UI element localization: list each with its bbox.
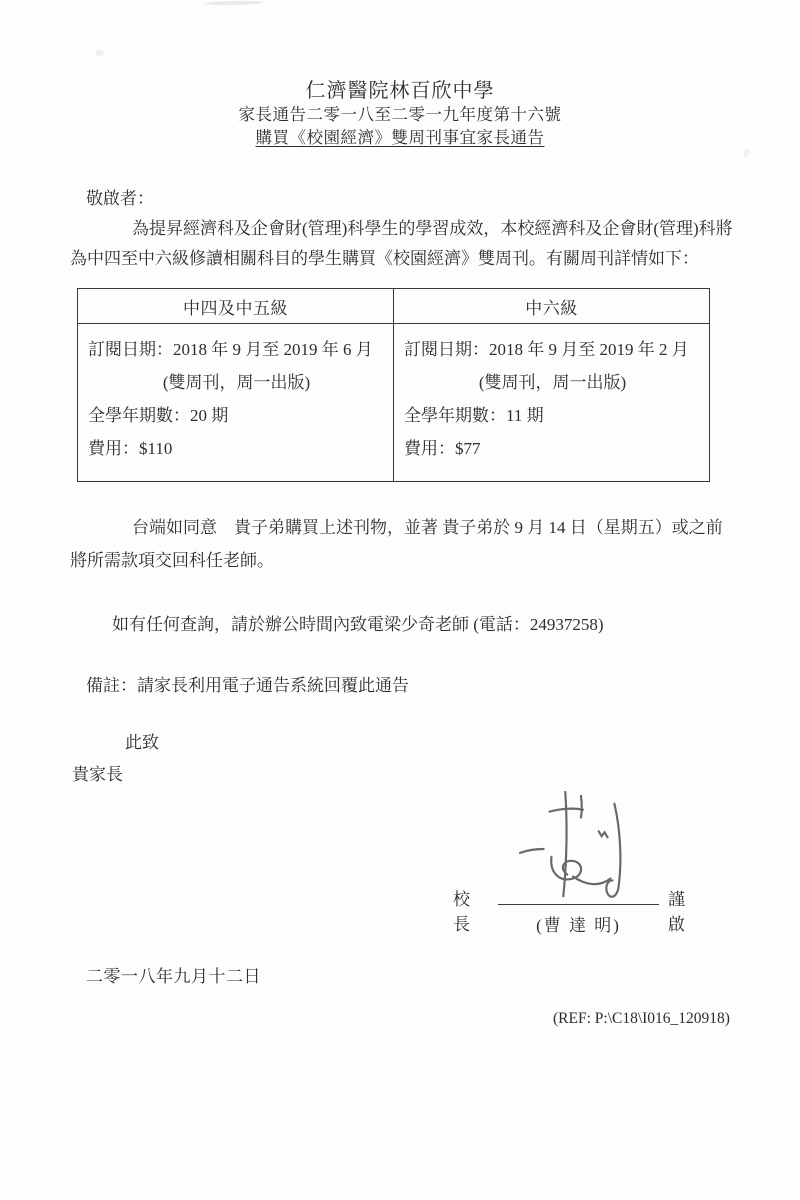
- scan-artifact: [95, 50, 104, 56]
- signature-closing-label: 謹啟: [668, 885, 685, 935]
- closing-salute: 此致: [125, 728, 159, 753]
- salutation: 敬啟者：: [86, 184, 154, 209]
- consent-paragraph: 台端如同意 貴子弟購買上述刊物，並著 貴子弟於 9 月 14 日（星期五）或之前…: [70, 511, 737, 577]
- enquiry-line: 如有任何查詢，請於辦公時間內致電梁少奇老師 (電話：24937258): [112, 610, 604, 635]
- signer-name: (曹 達 明): [498, 911, 659, 936]
- table-body-row: 訂閱日期：2018 年 9 月至 2019 年 6 月 (雙周刊，周一出版) 全…: [78, 324, 710, 482]
- intro-paragraph: 為提昇經濟科及企會財(管理)科學生的學習成效，本校經濟科及企會財(管理)科將為中…: [70, 214, 737, 274]
- notice-number: 家長通告二零一八至二零一九年度第十六號: [0, 103, 800, 126]
- subscription-table: 中四及中五級 中六級 訂閱日期：2018 年 9 月至 2019 年 6 月 (…: [77, 288, 710, 482]
- scan-artifact: [742, 147, 751, 158]
- issue-count: 全學年期數：20 期: [88, 399, 385, 432]
- cell-f4-f5: 訂閱日期：2018 年 9 月至 2019 年 6 月 (雙周刊，周一出版) 全…: [78, 324, 394, 482]
- subscription-period: 訂閱日期：2018 年 9 月至 2019 年 6 月: [88, 333, 385, 366]
- school-name: 仁濟醫院林百欣中學: [0, 79, 800, 103]
- column-header-f6: 中六級: [394, 289, 710, 324]
- frequency-note: (雙周刊，周一出版): [88, 366, 385, 399]
- signature-line: [498, 885, 659, 905]
- subscription-period: 訂閱日期：2018 年 9 月至 2019 年 2 月: [404, 333, 701, 366]
- scan-artifact: [205, 0, 263, 5]
- notice-document: 仁濟醫院林百欣中學 家長通告二零一八至二零一九年度第十六號 購買《校園經濟》雙周…: [0, 0, 800, 1200]
- cell-f6: 訂閱日期：2018 年 9 月至 2019 年 2 月 (雙周刊，周一出版) 全…: [394, 324, 710, 482]
- signature-role-label: 校長: [453, 885, 470, 935]
- frequency-note: (雙周刊，周一出版): [404, 366, 701, 399]
- notice-title: 購買《校園經濟》雙周刊事宜家長通告: [0, 126, 800, 149]
- closing-recipient: 貴家長: [72, 760, 123, 785]
- reference-number: (REF: P:\C18\I016_120918): [553, 1010, 730, 1028]
- issue-count: 全學年期數：11 期: [404, 399, 701, 432]
- date-line: 二零一八年九月十二日: [86, 962, 261, 987]
- remark-line: 備註：請家長利用電子通告系統回覆此通告: [86, 671, 409, 696]
- document-header: 仁濟醫院林百欣中學 家長通告二零一八至二零一九年度第十六號 購買《校園經濟》雙周…: [0, 79, 800, 149]
- fee: 費用：$110: [88, 432, 385, 465]
- table-header-row: 中四及中五級 中六級: [78, 289, 710, 324]
- column-header-f4-f5: 中四及中五級: [78, 289, 394, 324]
- fee: 費用：$77: [404, 432, 701, 465]
